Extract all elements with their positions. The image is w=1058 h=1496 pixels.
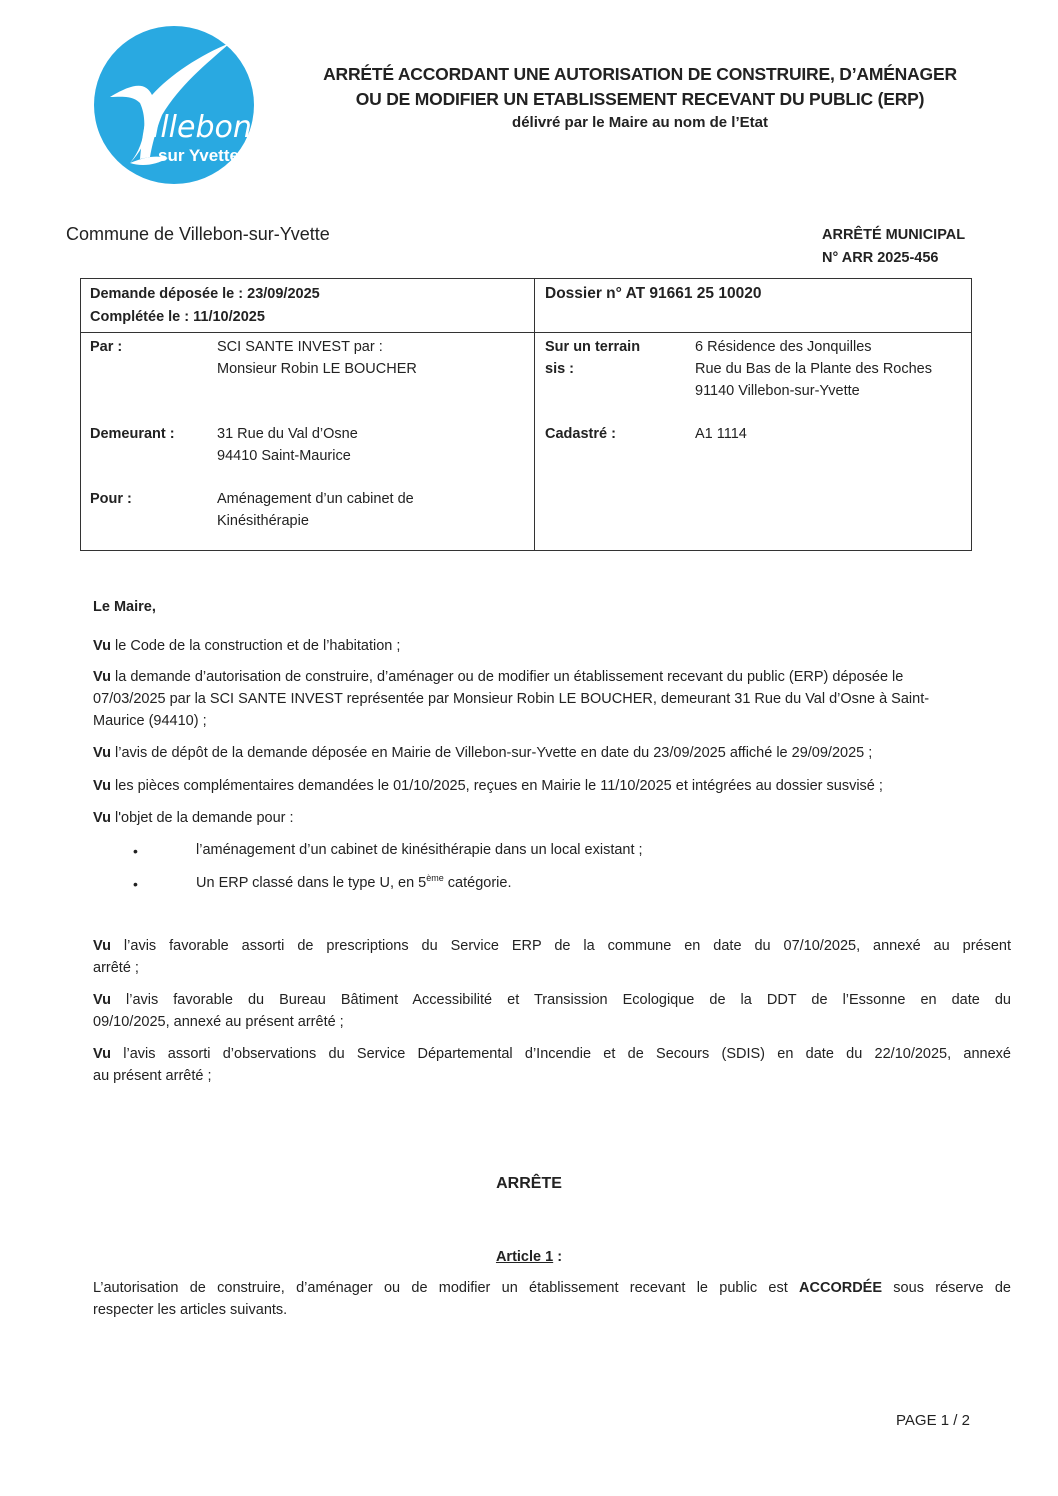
vu-avis-depot: Vu l’avis de dépôt de la demande déposée… [93, 742, 1011, 764]
vu-code-construction: Vu le Code de la construction et de l’ha… [93, 635, 1011, 657]
arrete-number: N° ARR 2025-456 [822, 247, 965, 270]
par-line-1: SCI SANTE INVEST par : [217, 336, 383, 358]
vu-objet-demande: Vu l'objet de la demande pour : [93, 807, 1011, 829]
bullet-icon: • [133, 873, 138, 895]
completee-le: Complétée le : 11/10/2025 [90, 306, 265, 328]
pour-label: Pour : [90, 488, 132, 510]
vu-avis-ddt: Vu l’avis favorable du Bureau Bâtiment A… [93, 989, 1011, 1033]
pour-line-1: Aménagement d’un cabinet de [217, 488, 414, 510]
demeurant-line-1: 31 Rue du Val d’Osne [217, 423, 358, 445]
title-line-2: OU DE MODIFIER UN ETABLISSEMENT RECEVANT… [300, 87, 980, 112]
vu-avis-service-erp: Vu l’avis favorable assorti de prescript… [93, 935, 1011, 979]
article-1-text: L’autorisation de construire, d’aménager… [93, 1277, 1011, 1321]
demeurant-label: Demeurant : [90, 423, 175, 445]
page-number: PAGE 1 / 2 [896, 1412, 970, 1429]
vu-avis-sdis: Vu l’avis assorti d’observations du Serv… [93, 1043, 1011, 1087]
bullet-item-1: l’aménagement d’un cabinet de kinésithér… [196, 839, 643, 861]
arrete-type: ARRÊTÉ MUNICIPAL [822, 224, 965, 247]
terrain-line-2: Rue du Bas de la Plante des Roches [695, 358, 932, 380]
cadastre-label: Cadastré : [545, 423, 616, 445]
arrete-reference: ARRÊTÉ MUNICIPAL N° ARR 2025-456 [822, 224, 965, 270]
title-subtitle: délivré par le Maire au nom de l’Etat [300, 112, 980, 134]
commune-name: Commune de Villebon-sur-Yvette [66, 224, 330, 245]
svg-text:sur Yvette: sur Yvette [158, 146, 239, 165]
villebon-logo: illebon sur Yvette [90, 25, 255, 185]
title-line-1: ARRÉTÉ ACCORDANT UNE AUTORISATION DE CON… [300, 62, 980, 87]
demeurant-line-2: 94410 Saint-Maurice [217, 445, 351, 467]
terrain-line-1: 6 Résidence des Jonquilles [695, 336, 872, 358]
vu-pieces-complementaires: Vu les pièces complémentaires demandées … [93, 775, 1011, 797]
arrete-heading: ARRÊTE [0, 1173, 1058, 1195]
bullet-icon: • [133, 840, 138, 862]
bullet-item-2: Un ERP classé dans le type U, en 5ème ca… [196, 872, 511, 894]
demande-deposee: Demande déposée le : 23/09/2025 [90, 283, 320, 305]
terrain-label-2: sis : [545, 358, 574, 380]
par-label: Par : [90, 336, 122, 358]
table-divider [534, 279, 535, 550]
le-maire: Le Maire, [93, 596, 1011, 618]
document-title: ARRÉTÉ ACCORDANT UNE AUTORISATION DE CON… [300, 62, 980, 134]
dossier-info-table: Demande déposée le : 23/09/2025 Complété… [80, 278, 972, 551]
article-1-heading: Article 1 : [0, 1246, 1058, 1268]
svg-text:illebon: illebon [152, 110, 252, 145]
cadastre-value: A1 1114 [695, 423, 747, 445]
vu-demande: Vu la demande d’autorisation de construi… [93, 666, 1011, 732]
pour-line-2: Kinésithérapie [217, 510, 309, 532]
terrain-label-1: Sur un terrain [545, 336, 640, 358]
par-line-2: Monsieur Robin LE BOUCHER [217, 358, 417, 380]
dossier-number: Dossier n° AT 91661 25 10020 [545, 283, 761, 305]
terrain-line-3: 91140 Villebon-sur-Yvette [695, 380, 860, 402]
